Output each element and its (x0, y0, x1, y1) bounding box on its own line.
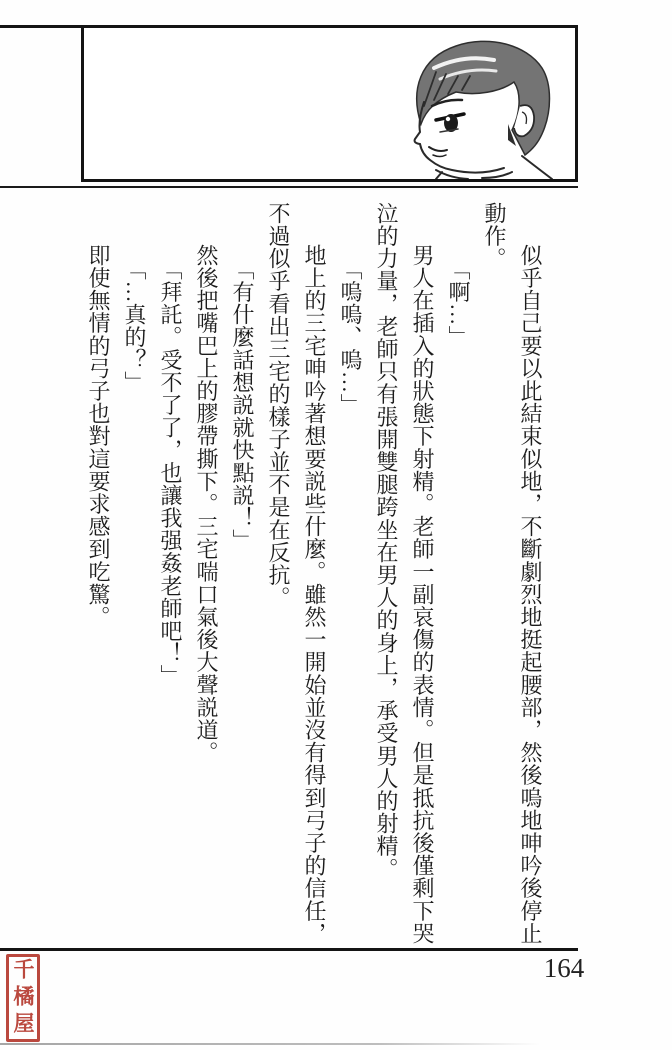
page-number: 164 (538, 953, 590, 984)
text-column: 男人在插入的狀態下射精。老師一副哀傷的表情。但是抵抗後僅剩下哭 (404, 202, 440, 944)
scanned-book-page: 似乎自己要以此結束似地，不斷劇烈地挺起腰部，然後嗚地呻吟後停止 動作。 「啊…」… (0, 0, 672, 1050)
header-illustration-box (81, 25, 578, 182)
text-column: 「拜託。受不了了，也讓我强姦老師吧！」 (152, 202, 188, 944)
text-column: 不過似乎看出三宅的樣子並不是在反抗。 (260, 202, 296, 944)
vertical-text-area: 似乎自己要以此結束似地，不斷劇烈地挺起腰部，然後嗚地呻吟後停止 動作。 「啊…」… (80, 202, 548, 944)
text-column: 「嗚嗚、嗚…」 (332, 202, 368, 944)
header-divider-rule (0, 186, 578, 188)
text-column: 動作。 (476, 202, 512, 944)
bottom-rule (0, 948, 578, 951)
scan-edge-artifact (0, 1043, 540, 1045)
text-column: 「…真的？」 (116, 202, 152, 944)
text-column: 地上的三宅呻吟著想要説些什麼。雖然一開始並沒有得到弓子的信任， (296, 202, 332, 944)
text-column: 然後把嘴巴上的膠帶撕下。三宅喘口氣後大聲説道。 (188, 202, 224, 944)
text-column: 「有什麼話想説就快點説！」 (224, 202, 260, 944)
manga-character-face-illustration (84, 28, 575, 179)
text-column: 「啊…」 (440, 202, 476, 944)
text-column: 似乎自己要以此結束似地，不斷劇烈地挺起腰部，然後嗚地呻吟後停止 (512, 202, 548, 944)
publisher-seal: 千橘屋 (6, 954, 40, 1042)
text-column: 泣的力量，老師只有張開雙腿跨坐在男人的身上，承受男人的射精。 (368, 202, 404, 944)
text-column: 即使無情的弓子也對這要求感到吃驚。 (80, 202, 116, 944)
